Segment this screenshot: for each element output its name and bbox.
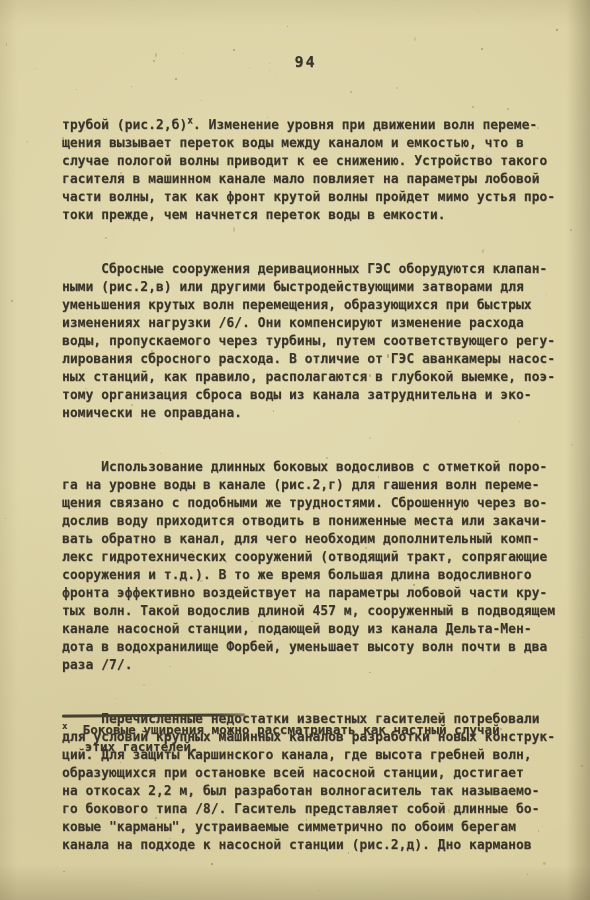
text-line: номически не оправдана. <box>62 405 562 423</box>
text-line: тых волн. Такой водослив длиной 457 м, с… <box>62 603 562 621</box>
footnote: х Боковые уширения можно рассматривать к… <box>62 721 562 755</box>
text-line: Сбросные сооружения деривационных ГЭС об… <box>62 261 562 279</box>
text-line: фронта эффективно воздействует на параме… <box>62 585 562 603</box>
text-line: канала на подходе к насосной станции (ри… <box>62 837 562 855</box>
page-number: 94 <box>62 53 549 71</box>
text-line: токи прежде, чем начнется переток воды в… <box>62 207 562 225</box>
paragraph-2: Сбросные сооружения деривационных ГЭС об… <box>62 261 562 423</box>
document-body-text: трубой (рис.2,б)х. Изменение уровня при … <box>62 81 562 891</box>
text-line: вать обратно в канал, для чего необходим… <box>62 531 562 549</box>
text-line: гасителя в машинном канале мало повлияет… <box>62 171 562 189</box>
paragraph-3: Использование длинных боковых водосливов… <box>62 459 562 675</box>
text-line: случае пологой волны приводит к ее сниже… <box>62 153 562 171</box>
text-line: уменьшения крутых волн перемещения, обра… <box>62 297 562 315</box>
text-line: Использование длинных боковых водосливов… <box>62 459 562 477</box>
text-line: га на уровне воды в канале (рис.2,г) для… <box>62 477 562 495</box>
text-line: ными (рис.2,в) или другими быстродейству… <box>62 279 562 297</box>
text-line: на откосах 2,2 м, был разработан волнога… <box>62 783 562 801</box>
text-line: тому организация сброса воды из канала з… <box>62 387 562 405</box>
text-line: этих гасителей. <box>62 738 562 755</box>
text-line: части волны, так как фронт крутой волны … <box>62 189 562 207</box>
text-line: ковые "карманы", устраиваемые симметричн… <box>62 819 562 837</box>
text-line: щения связано с подобными же трудностями… <box>62 495 562 513</box>
text-line: лекс гидротехнических сооружений (отводя… <box>62 549 562 567</box>
text-line: образующихся при остановке всей насосной… <box>62 765 562 783</box>
scanned-document-page: 94 трубой (рис.2,б)х. Изменение уровня п… <box>0 0 590 900</box>
text-line: дослив воду приходится отводить в пониже… <box>62 513 562 531</box>
text-line: щения вызывает переток воды между канало… <box>62 135 562 153</box>
paragraph-1: трубой (рис.2,б)х. Изменение уровня при … <box>62 117 562 225</box>
text-line: лирования сбросного расхода. В отличие о… <box>62 351 562 369</box>
text-line: х Боковые уширения можно рассматривать к… <box>62 721 562 738</box>
text-line: воды, пропускаемого через турбины, путем… <box>62 333 562 351</box>
text-line: сооружения и т.д.). В то же время больша… <box>62 567 562 585</box>
text-line: изменениях нагрузки /6/. Они компенсирую… <box>62 315 562 333</box>
text-line: ных станций, как правило, располагаются … <box>62 369 562 387</box>
text-line: го бокового типа /8/. Гаситель представл… <box>62 801 562 819</box>
text-line: раза /7/. <box>62 657 562 675</box>
text-line: трубой (рис.2,б)х. Изменение уровня при … <box>62 117 562 135</box>
text-line: канале насосной станции, подающей воду и… <box>62 621 562 639</box>
text-line: дота в водохранилище Форбей, уменьшает в… <box>62 639 562 657</box>
